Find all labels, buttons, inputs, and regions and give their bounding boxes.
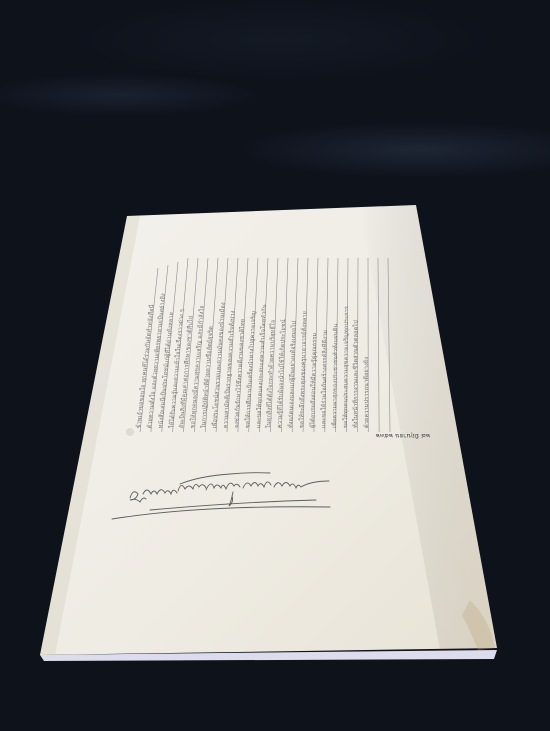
handwritten-line: ด้วยความปรารถนาดีอย่างยิ่ง [363, 334, 371, 428]
date-line: ๒๘ มิถุนายน ๒๕๓๒ [376, 431, 430, 441]
handwritten-line: ขอให้ทุกคนประสบความสุขความเจริญทุกประการ [342, 260, 351, 428]
handwritten-line: ทั้งในหน้าที่การงานและชีวิตส่วนตัวตลอดไป [352, 260, 361, 428]
